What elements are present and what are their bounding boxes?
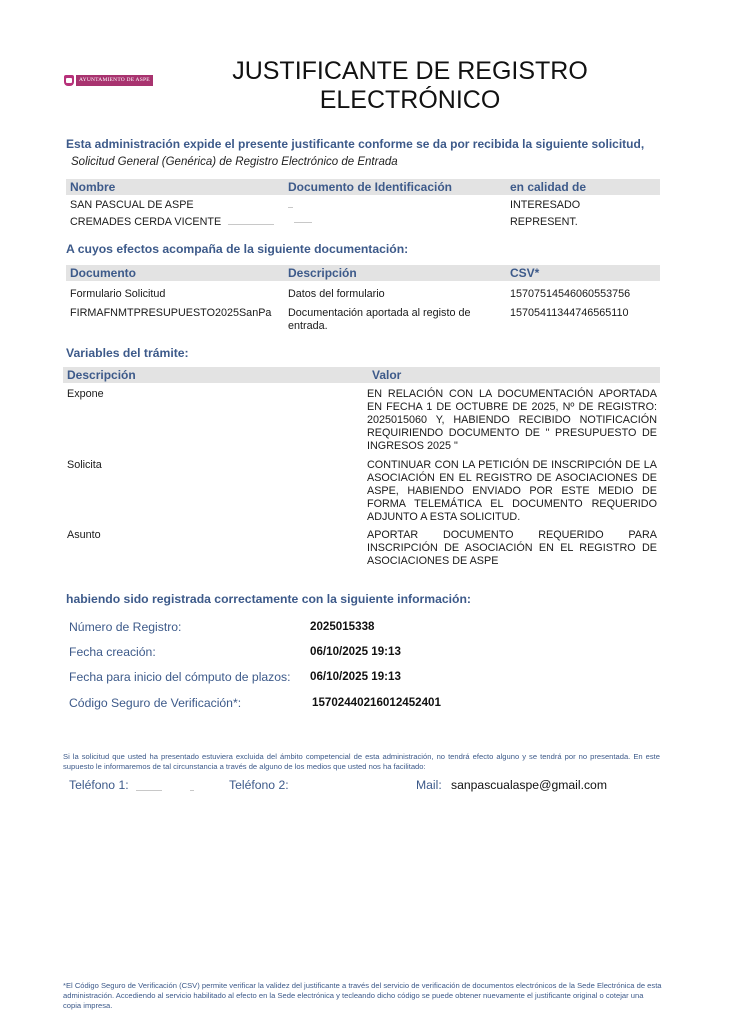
redacted-mark [136, 790, 162, 791]
csv-code-value: 15702440216012452401 [312, 696, 441, 709]
col-descripcion: Descripción [288, 266, 357, 280]
csv-code-label: Código Seguro de Verificación*: [69, 696, 241, 710]
deadline-start-value: 06/10/2025 19:13 [310, 670, 401, 683]
title-line-2: ELECTRÓNICO [0, 86, 729, 115]
variable-value: APORTAR DOCUMENTO REQUERIDO PARA INSCRIP… [367, 529, 657, 568]
documents-heading: A cuyos efectos acompaña de la siguiente… [66, 242, 408, 256]
col-valor: Valor [372, 368, 401, 382]
parties-table-header: Nombre Documento de Identificación en ca… [66, 179, 660, 195]
document-description: Documentación aportada al registo de ent… [288, 307, 488, 333]
registration-number-value: 2025015338 [310, 620, 374, 633]
registration-number-label: Número de Registro: [69, 620, 181, 634]
deadline-start-label: Fecha para inicio del cómputo de plazos: [69, 670, 291, 684]
document-name: Formulario Solicitud [70, 288, 165, 301]
party-role: REPRESENT. [510, 216, 578, 229]
documents-table-header: Documento Descripción CSV* [66, 265, 660, 281]
variable-value: EN RELACIÓN CON LA DOCUMENTACIÓN APORTAD… [367, 388, 657, 453]
exclusion-notice: Si la solicitud que usted ha presentado … [63, 752, 660, 772]
col-nombre: Nombre [70, 180, 115, 194]
variable-description: Asunto [67, 529, 101, 542]
document-name: FIRMAFNMTPRESUPUESTO2025SanPa [70, 307, 282, 320]
page-title: JUSTIFICANTE DE REGISTRO ELECTRÓNICO [0, 57, 729, 115]
phone1-label: Teléfono 1: [69, 778, 129, 792]
mail-label: Mail: [416, 778, 442, 792]
col-documento: Documento [70, 266, 136, 280]
variable-value: CONTINUAR CON LA PETICIÓN DE INSCRIPCIÓN… [367, 459, 657, 524]
variables-table-header: Descripción Valor [63, 367, 660, 383]
redacted-mark [288, 207, 293, 208]
variable-description: Expone [67, 388, 104, 401]
col-csv: CSV* [510, 266, 539, 280]
col-en-calidad-de: en calidad de [510, 180, 586, 194]
intro-heading: Esta administración expide el presente j… [66, 137, 644, 151]
variables-heading: Variables del trámite: [66, 346, 189, 360]
document-csv: 15705411344746565110 [510, 307, 629, 320]
request-type: Solicitud General (Genérica) de Registro… [71, 156, 398, 168]
col-documento-identificacion: Documento de Identificación [288, 180, 452, 194]
phone2-label: Teléfono 2: [229, 778, 289, 792]
party-name: CREMADES CERDA VICENTE [70, 216, 221, 229]
redacted-mark [228, 224, 274, 225]
creation-date-value: 06/10/2025 19:13 [310, 645, 401, 658]
registration-heading: habiendo sido registrada correctamente c… [66, 592, 471, 606]
variable-description: Solicita [67, 459, 102, 472]
redacted-mark [190, 790, 194, 791]
document-csv: 15707514546060553756 [510, 288, 630, 301]
col-descripcion: Descripción [67, 368, 136, 382]
mail-value: sanpascualaspe@gmail.com [451, 778, 607, 792]
redacted-mark [294, 222, 312, 223]
party-name: SAN PASCUAL DE ASPE [70, 199, 194, 212]
title-line-1: JUSTIFICANTE DE REGISTRO [0, 57, 729, 86]
creation-date-label: Fecha creación: [69, 645, 156, 659]
document-description: Datos del formulario [288, 288, 385, 301]
csv-footnote: *El Código Seguro de Verificación (CSV) … [63, 981, 663, 1011]
party-role: INTERESADO [510, 199, 580, 212]
